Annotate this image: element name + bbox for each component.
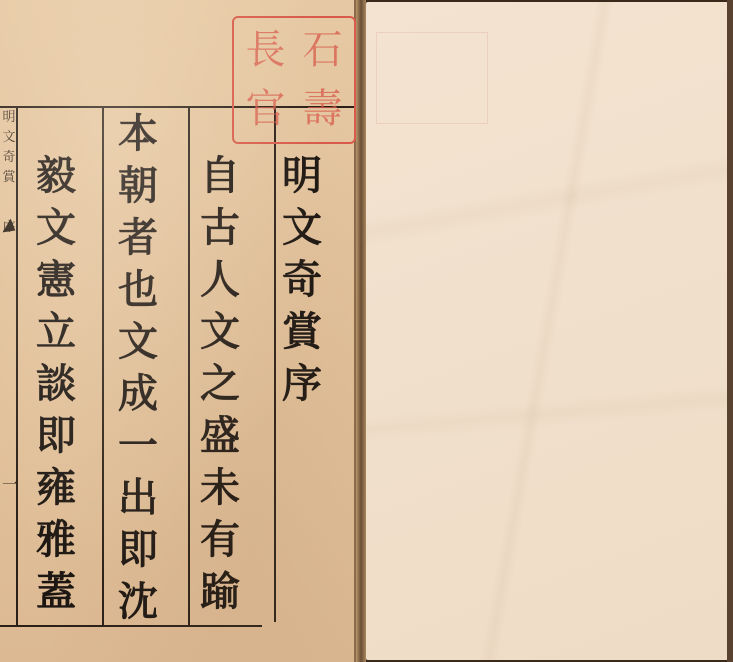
char: 賞 bbox=[2, 168, 15, 188]
title-column: 明 文 奇 賞 序 bbox=[282, 150, 322, 410]
char: 踰 bbox=[200, 566, 240, 618]
right-edge bbox=[727, 0, 733, 662]
column-rule bbox=[102, 106, 104, 627]
char: 即 bbox=[36, 410, 76, 462]
char: 文 bbox=[2, 128, 15, 148]
frame-bottom-border bbox=[0, 625, 262, 627]
text-column-3: 毅 文 憲 立 談 即 雍 雅 蓋 bbox=[36, 150, 76, 618]
char: 成 bbox=[118, 368, 158, 420]
char: 序 bbox=[282, 358, 322, 410]
right-page-blank bbox=[366, 2, 728, 660]
center-margin-title: 明 文 奇 賞 序 bbox=[0, 108, 18, 238]
text-column-2: 本 朝 者 也 文 成 一 出 即 沈 bbox=[118, 108, 158, 628]
char: 雅 bbox=[36, 514, 76, 566]
char: 賞 bbox=[282, 306, 322, 358]
char: 者 bbox=[118, 212, 158, 264]
char: 文 bbox=[282, 202, 322, 254]
char: 立 bbox=[36, 306, 76, 358]
char: 序 bbox=[2, 218, 15, 238]
seal-glyph: 官 bbox=[238, 81, 293, 138]
char: 盛 bbox=[200, 410, 240, 462]
char: 有 bbox=[200, 514, 240, 566]
frame-top-border bbox=[0, 106, 356, 108]
char: 自 bbox=[200, 150, 240, 202]
left-page: 長 石 官 壽 明 文 奇 賞 序 自 古 人 文 之 盛 未 有 踰 本 朝 … bbox=[0, 0, 362, 662]
column-rule bbox=[188, 106, 190, 627]
seal-glyph: 壽 bbox=[295, 81, 350, 138]
folio-number: 一 bbox=[2, 472, 18, 495]
char: 之 bbox=[200, 358, 240, 410]
char: 文 bbox=[36, 202, 76, 254]
char: 明 bbox=[2, 108, 15, 128]
column-rule bbox=[16, 106, 18, 627]
char: 古 bbox=[200, 202, 240, 254]
char: 即 bbox=[118, 524, 158, 576]
char: 談 bbox=[36, 358, 76, 410]
char: 本 bbox=[118, 108, 158, 160]
char: 沈 bbox=[118, 576, 158, 628]
char: 一 bbox=[118, 420, 158, 472]
text-column-1: 自 古 人 文 之 盛 未 有 踰 bbox=[200, 150, 240, 618]
char: 蓋 bbox=[36, 566, 76, 618]
char: 憲 bbox=[36, 254, 76, 306]
char: 未 bbox=[200, 462, 240, 514]
char: 文 bbox=[118, 316, 158, 368]
book-spread: 長 石 官 壽 明 文 奇 賞 序 自 古 人 文 之 盛 未 有 踰 本 朝 … bbox=[0, 0, 733, 662]
collector-seal: 長 石 官 壽 bbox=[232, 16, 356, 144]
char: 奇 bbox=[282, 254, 322, 306]
char: 毅 bbox=[36, 150, 76, 202]
seal-glyph: 石 bbox=[295, 22, 350, 79]
char: 奇 bbox=[2, 148, 15, 168]
seal-glyph: 長 bbox=[238, 22, 293, 79]
fishtail-mark-icon bbox=[3, 219, 20, 238]
char: 明 bbox=[282, 150, 322, 202]
char: 出 bbox=[118, 472, 158, 524]
column-rule bbox=[274, 106, 276, 622]
char: 朝 bbox=[118, 160, 158, 212]
char: 文 bbox=[200, 306, 240, 358]
char: 也 bbox=[118, 264, 158, 316]
char: 雍 bbox=[36, 462, 76, 514]
char: 人 bbox=[200, 254, 240, 306]
book-spine bbox=[356, 0, 366, 662]
seal-bleed-through bbox=[376, 32, 488, 124]
